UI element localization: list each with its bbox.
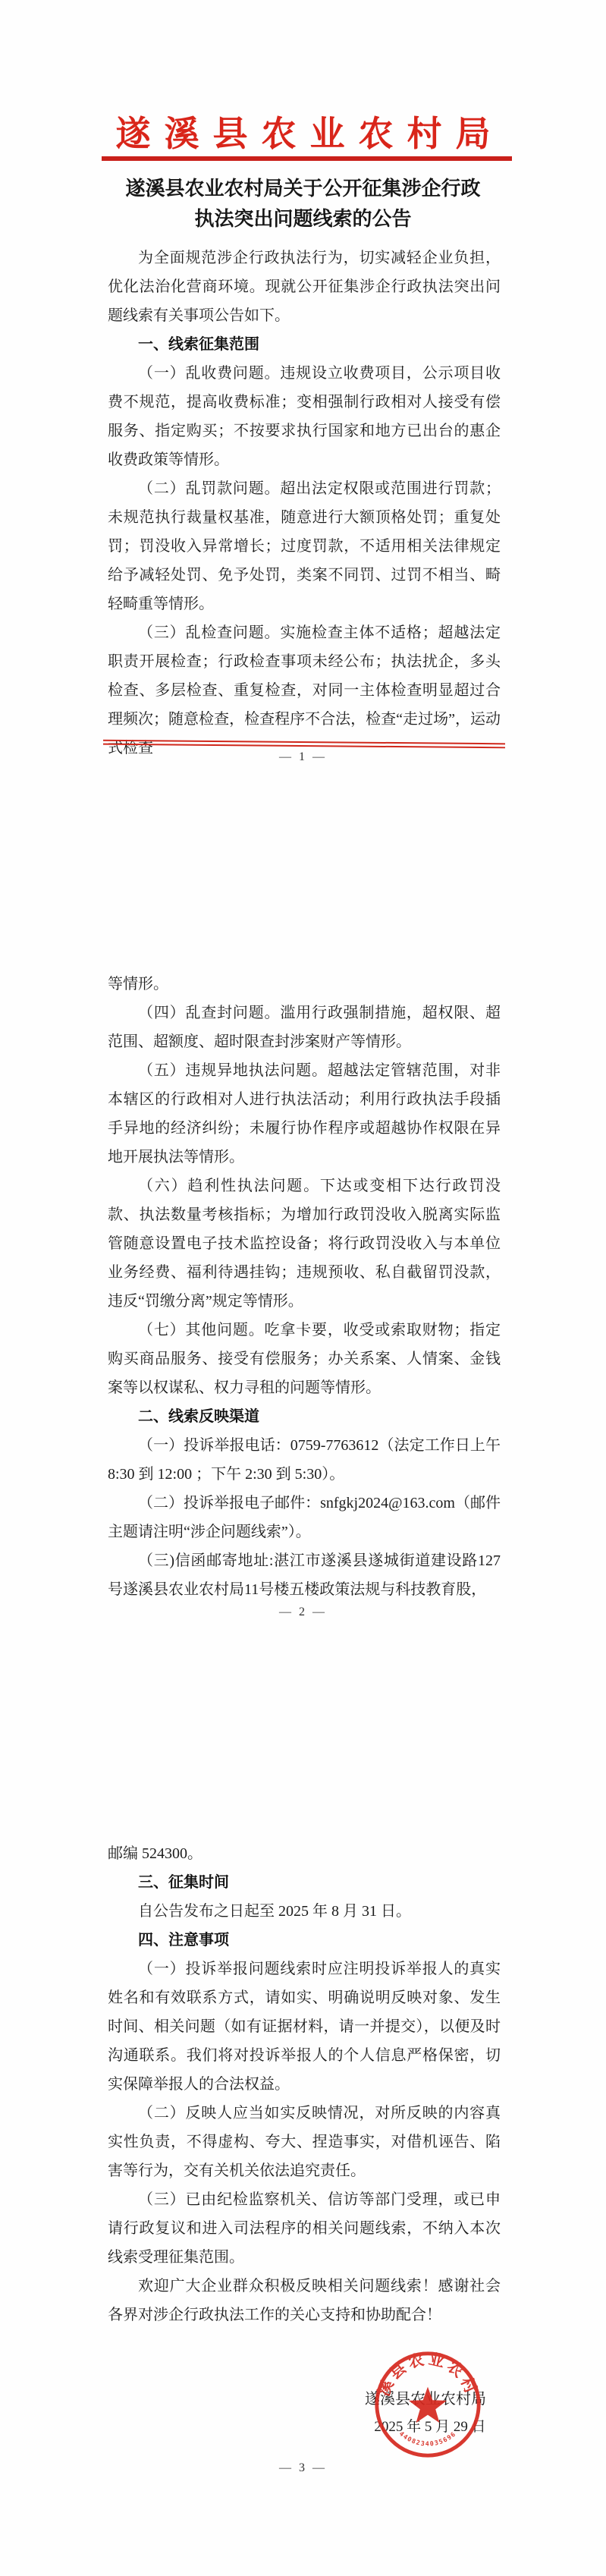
paragraph-item-7: （七）其他问题。吃拿卡要，收受或索取财物；指定购买商品服务、接受有偿服务；办关系… [108,1316,501,1402]
page1-body: 为全面规范涉企行政执法行为，切实减轻企业负担，优化法治化营商环境。现就公开征集涉… [108,244,501,763]
page-number-3: — 3 — [0,2461,606,2475]
paragraph-deadline: 自公告发布之日起至 2025 年 8 月 31 日。 [108,1897,501,1926]
official-seal: 遂溪县农业农村局 4408234035696 [372,2349,483,2460]
section-heading-1: 一、线索征集范围 [108,330,501,359]
paragraph-note-1: （一）投诉举报问题线索时应注明投诉举报人的真实姓名和有效联系方式，请如实、明确说… [108,1955,501,2099]
section-heading-2: 二、线索反映渠道 [108,1402,501,1431]
paragraph-mail-address: （三)信函邮寄地址:湛江市遂溪县遂城街道建设路127号遂溪县农业农村局11号楼五… [108,1546,501,1604]
paragraph-closing: 欢迎广大企业群众积极反映相关问题线索！感谢社会各界对涉企行政执法工作的关心支持和… [108,2272,501,2329]
paragraph-item-2: （二）乱罚款问题。超出法定权限或范围进行罚款；未规范执行裁量权基准，随意进行大额… [108,474,501,618]
seal-code: 4408234035696 [398,2430,458,2447]
page-number-2: — 2 — [0,1606,606,1619]
paragraph-phone: （一）投诉举报电话：0759-7763612（法定工作日上午8:30 到 12:… [108,1431,501,1489]
section-heading-3: 三、征集时间 [108,1868,501,1897]
document-title: 遂溪县农业农村局关于公开征集涉企行政 执法突出问题线索的公告 [0,173,606,234]
paragraph-postcode: 邮编 524300。 [108,1839,501,1868]
paragraph-item-4: （四）乱查封问题。滥用行政强制措施，超权限、超范围、超额度、超时限查封涉案财产等… [108,999,501,1056]
letterhead-org-name: 遂溪县农业农村局 [0,106,606,156]
section-heading-4: 四、注意事项 [108,1926,501,1955]
letterhead-rule [102,156,512,161]
paragraph-item-1: （一）乱收费问题。违规设立收费项目，公示项目收费不规范，提高收费标准；变相强制行… [108,359,501,474]
paragraph-note-3: （三）已由纪检监察机关、信访等部门受理，或已申请行政复议和进入司法程序的相关问题… [108,2185,501,2272]
paragraph-email: （二）投诉举报电子邮件：snfgkj2024@163.com（邮件主题请注明“涉… [108,1489,501,1546]
document-title-line1: 遂溪县农业农村局关于公开征集涉企行政 [0,173,606,203]
page2-body: 等情形。 （四）乱查封问题。滥用行政强制措施，超权限、超范围、超额度、超时限查封… [108,970,501,1604]
paragraph-item-5: （五）违规异地执法问题。超越法定管辖范围，对非本辖区的行政相对人进行执法活动；利… [108,1056,501,1172]
document-title-line2: 执法突出问题线索的公告 [0,203,606,234]
page-number-1: — 1 — [0,750,606,764]
paragraph-continuation: 等情形。 [108,970,501,999]
paragraph-intro: 为全面规范涉企行政执法行为，切实减轻企业负担，优化法治化营商环境。现就公开征集涉… [108,244,501,330]
svg-text:4408234035696: 4408234035696 [398,2430,458,2447]
page3-body: 邮编 524300。 三、征集时间 自公告发布之日起至 2025 年 8 月 3… [108,1839,501,2329]
seal-star [409,2387,447,2423]
paragraph-note-2: （二）反映人应当如实反映情况，对所反映的内容真实性负责，不得虚构、夸大、捏造事实… [108,2099,501,2185]
scanned-announcement-document: 遂溪县农业农村局 遂溪县农业农村局关于公开征集涉企行政 执法突出问题线索的公告 … [0,0,606,2576]
paragraph-item-6: （六）趋利性执法问题。下达或变相下达行政罚没款、执法数量考核指标；为增加行政罚没… [108,1172,501,1316]
